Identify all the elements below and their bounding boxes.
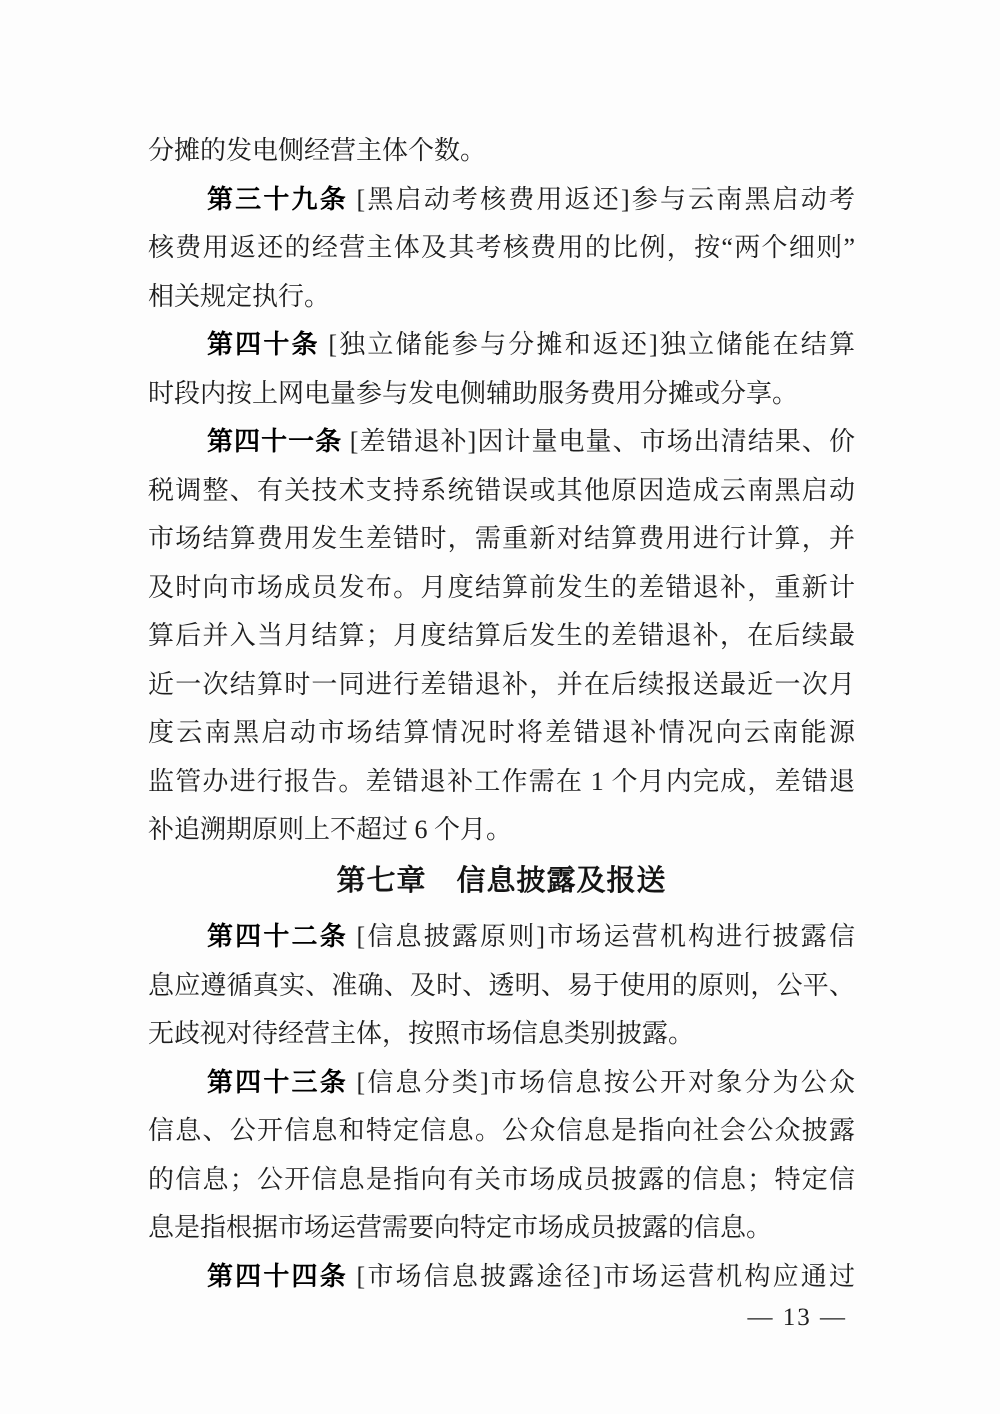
line-text: 近一次结算时一同进行差错退补，并在后续报送最近一次月 (148, 670, 855, 699)
body-line: 市场结算费用发生差错时，需重新对结算费用进行计算，并 (148, 515, 855, 564)
body-line: 第四十二条 [信息披露原则]市场运营机构进行披露信 (148, 913, 855, 962)
line-text: 税调整、有关技术支持系统错误或其他原因造成云南黑启动 (148, 476, 855, 505)
line-text: 信息、公开信息和特定信息。公众信息是指向社会公众披露 (148, 1116, 855, 1145)
body-line: 信息、公开信息和特定信息。公众信息是指向社会公众披露 (148, 1107, 855, 1156)
line-text: [差错退补]因计量电量、市场出清结果、价 (342, 427, 855, 456)
body-line: 的信息；公开信息是指向有关市场成员披露的信息；特定信 (148, 1156, 855, 1205)
body-line: 补追溯期原则上不超过 6 个月。 (148, 806, 855, 855)
line-text: 时段内按上网电量参与发电侧辅助服务费用分摊或分享。 (148, 379, 798, 408)
page-number: — 13 — (748, 1303, 848, 1333)
body-line: 息应遵循真实、准确、及时、透明、易于使用的原则，公平、 (148, 962, 855, 1011)
line-text: [独立储能参与分摊和返还]独立储能在结算 (320, 330, 855, 359)
line-text: [黑启动考核费用返还]参与云南黑启动考 (348, 185, 855, 214)
article-number: 第四十二条 (207, 922, 348, 951)
body-line: 第四十三条 [信息分类]市场信息按公开对象分为公众 (148, 1059, 855, 1108)
line-text: 市场结算费用发生差错时，需重新对结算费用进行计算，并 (148, 524, 855, 553)
body-line: 核费用返还的经营主体及其考核费用的比例，按“两个细则” (148, 224, 855, 273)
line-text: 补追溯期原则上不超过 6 个月。 (148, 815, 512, 844)
article-number: 第四十三条 (207, 1068, 348, 1097)
line-text: 核费用返还的经营主体及其考核费用的比例，按“两个细则” (148, 233, 855, 262)
line-text: 息应遵循真实、准确、及时、透明、易于使用的原则，公平、 (148, 971, 855, 1000)
line-text: 度云南黑启动市场结算情况时将差错退补情况向云南能源 (148, 718, 855, 747)
body-line: 第四十四条 [市场信息披露途径]市场运营机构应通过 (148, 1253, 855, 1302)
line-text: [信息分类]市场信息按公开对象分为公众 (348, 1068, 855, 1097)
body-line: 税调整、有关技术支持系统错误或其他原因造成云南黑启动 (148, 467, 855, 516)
body-line: 时段内按上网电量参与发电侧辅助服务费用分摊或分享。 (148, 370, 855, 419)
body-line: 度云南黑启动市场结算情况时将差错退补情况向云南能源 (148, 709, 855, 758)
line-text: 的信息；公开信息是指向有关市场成员披露的信息；特定信 (148, 1165, 855, 1194)
body-line: 第四十一条 [差错退补]因计量电量、市场出清结果、价 (148, 418, 855, 467)
body-line: 算后并入当月结算；月度结算后发生的差错退补，在后续最 (148, 612, 855, 661)
body-line: 近一次结算时一同进行差错退补，并在后续报送最近一次月 (148, 661, 855, 710)
document-page: 分摊的发电侧经营主体个数。 第三十九条 [黑启动考核费用返还]参与云南黑启动考 … (0, 0, 1000, 1414)
line-text: 监管办进行报告。差错退补工作需在 1 个月内完成，差错退 (148, 767, 855, 796)
line-text: 及时向市场成员发布。月度结算前发生的差错退补，重新计 (148, 573, 855, 602)
line-text: [信息披露原则]市场运营机构进行披露信 (348, 922, 855, 951)
body-line: 无歧视对待经营主体，按照市场信息类别披露。 (148, 1010, 855, 1059)
body-line: 相关规定执行。 (148, 273, 855, 322)
line-text: 相关规定执行。 (148, 282, 330, 311)
body-line: 第四十条 [独立储能参与分摊和返还]独立储能在结算 (148, 321, 855, 370)
body-line: 第三十九条 [黑启动考核费用返还]参与云南黑启动考 (148, 176, 855, 225)
body-line: 监管办进行报告。差错退补工作需在 1 个月内完成，差错退 (148, 758, 855, 807)
article-number: 第四十一条 (207, 427, 342, 456)
article-number: 第四十四条 (207, 1262, 348, 1291)
chapter-heading: 第七章 信息披露及报送 (148, 857, 855, 906)
body-line: 及时向市场成员发布。月度结算前发生的差错退补，重新计 (148, 564, 855, 613)
line-text: 分摊的发电侧经营主体个数。 (148, 136, 486, 165)
page-body-text: 分摊的发电侧经营主体个数。 第三十九条 [黑启动考核费用返还]参与云南黑启动考 … (148, 127, 855, 1301)
line-text: 算后并入当月结算；月度结算后发生的差错退补，在后续最 (148, 621, 855, 650)
line-text: 无歧视对待经营主体，按照市场信息类别披露。 (148, 1019, 694, 1048)
line-text: 息是指根据市场运营需要向特定市场成员披露的信息。 (148, 1213, 772, 1242)
body-line: 分摊的发电侧经营主体个数。 (148, 127, 855, 176)
line-text: [市场信息披露途径]市场运营机构应通过 (348, 1262, 855, 1291)
article-number: 第三十九条 (207, 185, 348, 214)
article-number: 第四十条 (207, 330, 320, 359)
body-line: 息是指根据市场运营需要向特定市场成员披露的信息。 (148, 1204, 855, 1253)
